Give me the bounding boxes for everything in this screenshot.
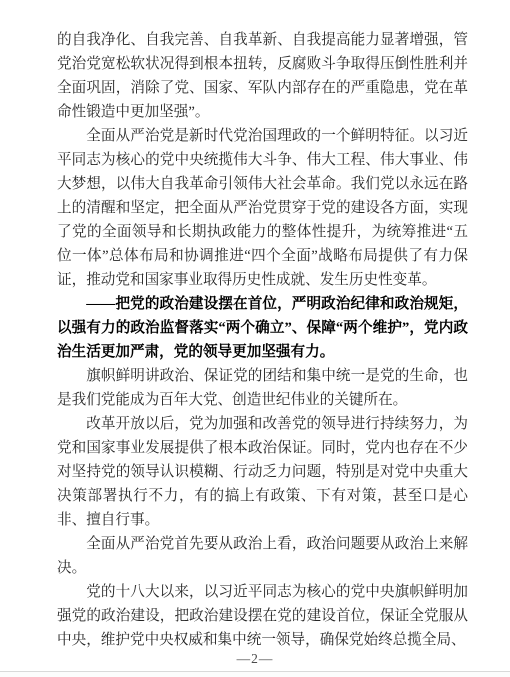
page-bottom-edge bbox=[0, 671, 510, 677]
document-text-block: 的自我净化、自我完善、自我革新、自我提高能力显著增强，管党治党宽松软状况得到根本… bbox=[57, 28, 468, 652]
body-paragraph-emphasized: ——把党的政治建设摆在首位，严明政治纪律和政治规矩，以强有力的政治监督落实“两个… bbox=[57, 292, 468, 364]
document-page: 的自我净化、自我完善、自我革新、自我提高能力显著增强，管党治党宽松软状况得到根本… bbox=[0, 0, 510, 677]
body-paragraph: 全面从严治党首先要从政治上看，政治问题要从政治上来解决。 bbox=[57, 532, 468, 580]
body-paragraph: 的自我净化、自我完善、自我革新、自我提高能力显著增强，管党治党宽松软状况得到根本… bbox=[57, 28, 468, 124]
body-paragraph: 全面从严治党是新时代党治国理政的一个鲜明特征。以习近平同志为核心的党中央统揽伟大… bbox=[57, 124, 468, 292]
page-number: —2— bbox=[0, 650, 510, 667]
body-paragraph: 改革开放以后，党为加强和改善党的领导进行持续努力，为党和国家事业发展提供了根本政… bbox=[57, 412, 468, 532]
body-paragraph: 旗帜鲜明讲政治、保证党的团结和集中统一是党的生命，也是我们党能成为百年大党、创造… bbox=[57, 364, 468, 412]
body-paragraph: 党的十八大以来，以习近平同志为核心的党中央旗帜鲜明加强党的政治建设，把政治建设摆… bbox=[57, 580, 468, 652]
